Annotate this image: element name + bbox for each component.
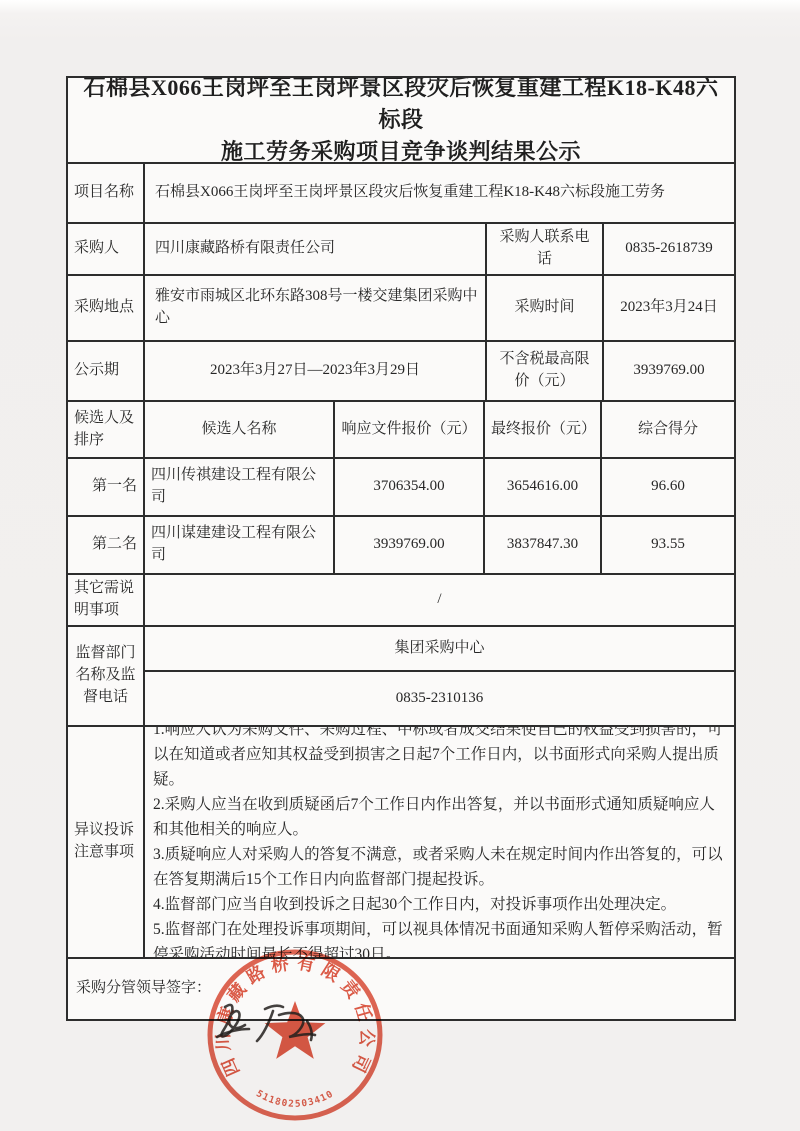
candidate-rank: 第二名 bbox=[68, 517, 143, 573]
supervisor-label: 监督部门名称及监督电话 bbox=[68, 627, 143, 725]
other-notes-label: 其它需说明事项 bbox=[68, 575, 143, 625]
publicity-period-value: 2023年3月27日—2023年3月29日 bbox=[143, 342, 485, 400]
company-seal-stamp: 四川康藏路桥有限责任公司 5118025034105 bbox=[203, 945, 388, 1131]
location-value: 雅安市雨城区北环东路308号一楼交建集团采购中心 bbox=[143, 276, 485, 340]
candidates-header-row: 候选人及排序 候选人名称 响应文件报价（元） 最终报价（元） 综合得分 bbox=[68, 400, 734, 457]
objection-text: 1.响应人认为采购文件、采购过程、中标或者成交结果使自己的权益受到损害的，可以在… bbox=[143, 727, 734, 957]
other-notes-row: 其它需说明事项 / bbox=[68, 573, 734, 625]
signature-label: 采购分管领导签字： bbox=[68, 959, 734, 1019]
candidate-name: 四川传祺建设工程有限公司 bbox=[143, 459, 333, 515]
candidate-final-header: 最终报价（元） bbox=[483, 402, 600, 457]
max-price-value: 3939769.00 bbox=[602, 342, 734, 400]
page-title-line1: 石棉县X066王岗坪至王岗坪景区段灾后恢复重建工程K18-K48六标段 bbox=[74, 78, 728, 136]
page-title-line2: 施工劳务采购项目竞争谈判结果公示 bbox=[221, 136, 581, 162]
location-label: 采购地点 bbox=[68, 276, 143, 340]
candidate-rank: 第一名 bbox=[68, 459, 143, 515]
candidate-final: 3837847.30 bbox=[483, 517, 600, 573]
candidate-score: 93.55 bbox=[600, 517, 734, 573]
supervisor-row: 监督部门名称及监督电话 集团采购中心 0835-2310136 bbox=[68, 625, 734, 725]
table-row-candidate-1: 第一名 四川传祺建设工程有限公司 3706354.00 3654616.00 9… bbox=[68, 457, 734, 515]
objection-row: 异议投诉注意事项 1.响应人认为采购文件、采购过程、中标或者成交结果使自己的权益… bbox=[68, 725, 734, 957]
purchaser-row: 采购人 四川康藏路桥有限责任公司 采购人联系电话 0835-2618739 bbox=[68, 222, 734, 274]
project-name-value: 石棉县X066王岗坪至王岗坪景区段灾后恢复重建工程K18-K48六标段施工劳务 bbox=[143, 164, 734, 222]
supervisor-name-value: 集团采购中心 bbox=[145, 627, 734, 672]
publicity-period-label: 公示期 bbox=[68, 342, 143, 400]
publicity-period-row: 公示期 2023年3月27日—2023年3月29日 不含税最高限价（元） 393… bbox=[68, 340, 734, 400]
document-page: i3; 石棉县X066王岗坪至王岗坪景区段灾后恢复重建工程K18-K48六标段 … bbox=[0, 0, 800, 1131]
candidate-bid-header: 响应文件报价（元） bbox=[333, 402, 483, 457]
purchaser-value: 四川康藏路桥有限责任公司 bbox=[143, 224, 485, 274]
supervisor-values: 集团采购中心 0835-2310136 bbox=[143, 627, 734, 725]
candidate-name: 四川谋建建设工程有限公司 bbox=[143, 517, 333, 573]
page-title: 石棉县X066王岗坪至王岗坪景区段灾后恢复重建工程K18-K48六标段 施工劳务… bbox=[68, 78, 734, 162]
candidate-name-header: 候选人名称 bbox=[143, 402, 333, 457]
location-row: 采购地点 雅安市雨城区北环东路308号一楼交建集团采购中心 采购时间 2023年… bbox=[68, 274, 734, 340]
max-price-label: 不含税最高限价（元） bbox=[485, 342, 602, 400]
objection-item-4: 4.监督部门应当自收到投诉之日起30个工作日内，对投诉事项作出处理决定。 bbox=[153, 892, 724, 917]
objection-item-1: 1.响应人认为采购文件、采购过程、中标或者成交结果使自己的权益受到损害的，可以在… bbox=[153, 727, 724, 792]
signature-row: 采购分管领导签字： bbox=[68, 957, 734, 1019]
star-icon bbox=[265, 1001, 326, 1059]
project-name-row: 项目名称 石棉县X066王岗坪至王岗坪景区段灾后恢复重建工程K18-K48六标段… bbox=[68, 162, 734, 222]
purchaser-label: 采购人 bbox=[68, 224, 143, 274]
objection-item-3: 3.质疑响应人对采购人的答复不满意，或者采购人未在规定时间内作出答复的，可以在答… bbox=[153, 842, 724, 892]
table-row-candidate-2: 第二名 四川谋建建设工程有限公司 3939769.00 3837847.30 9… bbox=[68, 515, 734, 573]
purchaser-phone-value: 0835-2618739 bbox=[602, 224, 734, 274]
purchase-time-value: 2023年3月24日 bbox=[602, 276, 734, 340]
candidate-score-header: 综合得分 bbox=[600, 402, 734, 457]
candidate-final: 3654616.00 bbox=[483, 459, 600, 515]
objection-label: 异议投诉注意事项 bbox=[68, 727, 143, 957]
candidate-score: 96.60 bbox=[600, 459, 734, 515]
title-row: 石棉县X066王岗坪至王岗坪景区段灾后恢复重建工程K18-K48六标段 施工劳务… bbox=[68, 78, 734, 162]
objection-item-2: 2.采购人应当在收到质疑函后7个工作日内作出答复，并以书面形式通知质疑响应人和其… bbox=[153, 792, 724, 842]
other-notes-value: / bbox=[143, 575, 734, 625]
purchaser-phone-label: 采购人联系电话 bbox=[485, 224, 602, 274]
project-name-label: 项目名称 bbox=[68, 164, 143, 222]
candidate-bid: 3939769.00 bbox=[333, 517, 483, 573]
purchase-time-label: 采购时间 bbox=[485, 276, 602, 340]
supervisor-phone-value: 0835-2310136 bbox=[145, 672, 734, 725]
candidates-rank-label: 候选人及排序 bbox=[68, 402, 143, 457]
candidate-bid: 3706354.00 bbox=[333, 459, 483, 515]
result-table: 石棉县X066王岗坪至王岗坪景区段灾后恢复重建工程K18-K48六标段 施工劳务… bbox=[66, 76, 736, 1021]
